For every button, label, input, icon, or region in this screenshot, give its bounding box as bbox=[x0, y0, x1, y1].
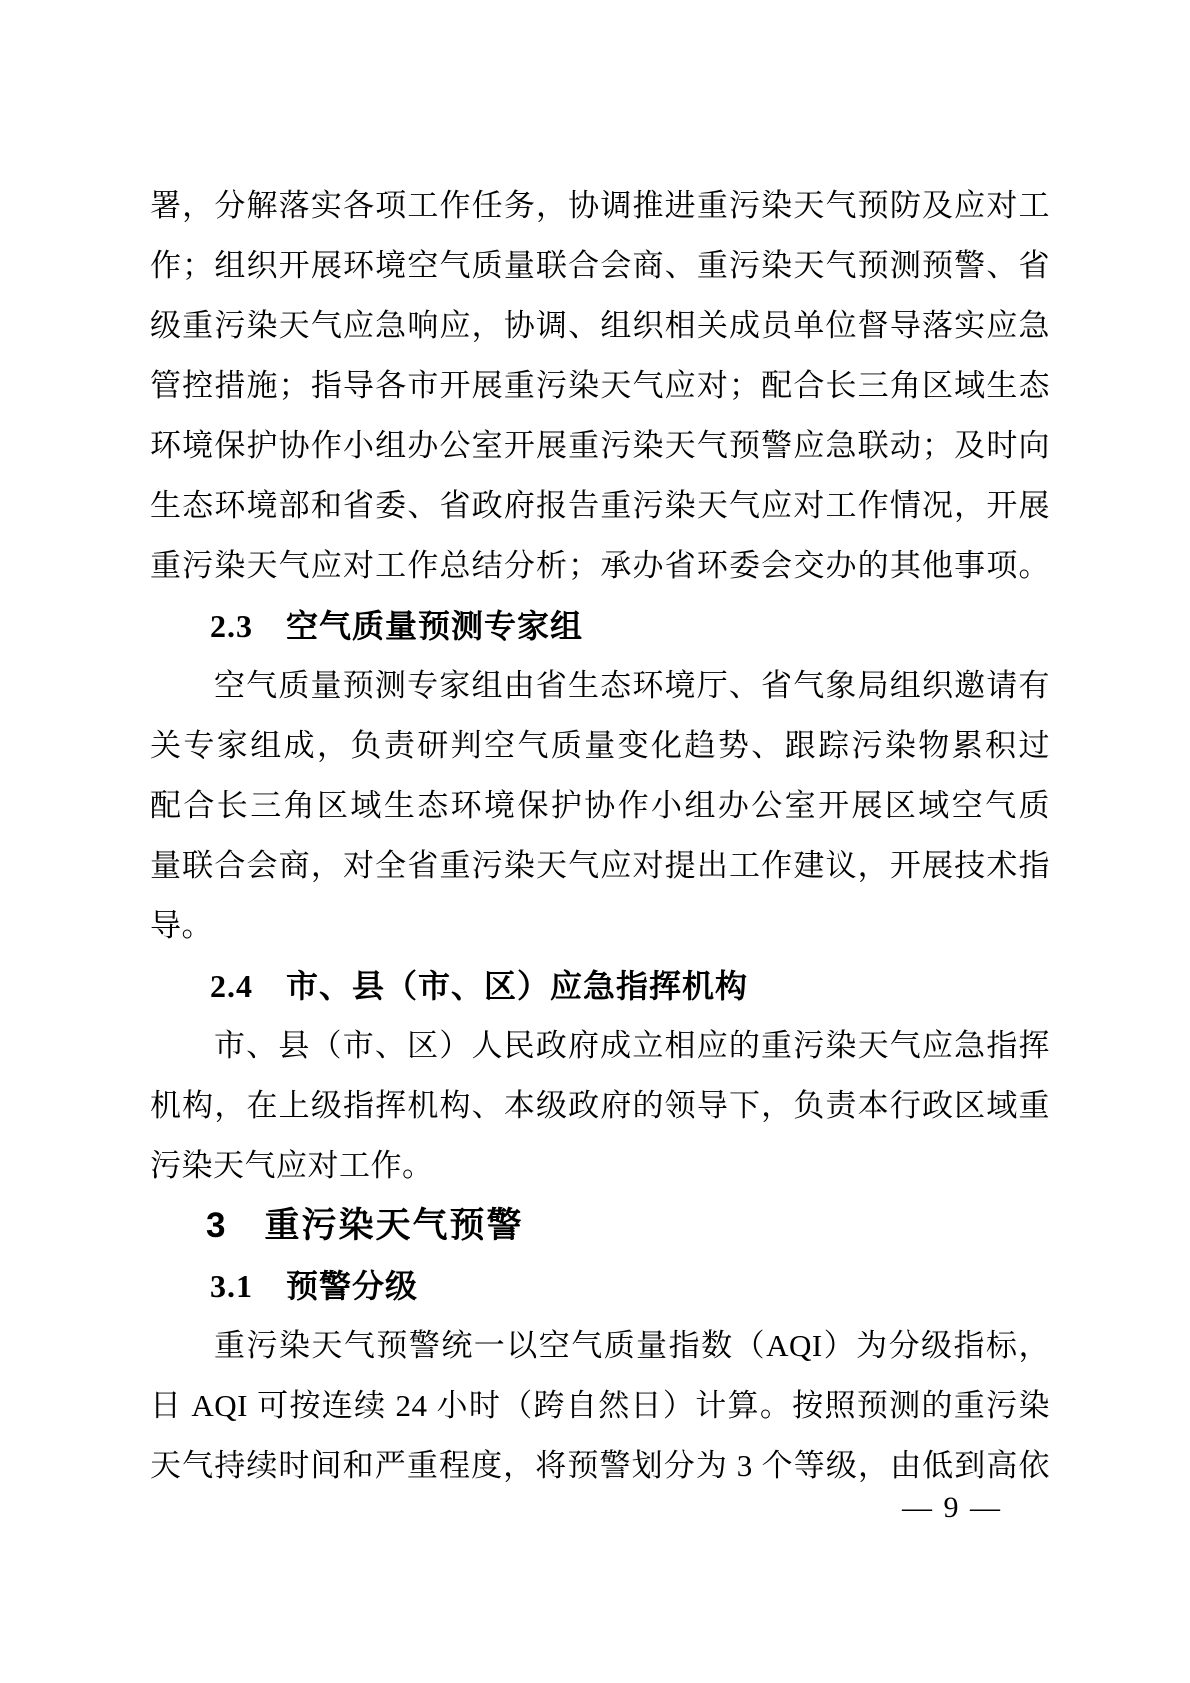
section-heading: 2.4 市、县（市、区）应急指挥机构 bbox=[150, 956, 1050, 1016]
body-line: 作；组织开展环境空气质量联合会商、重污染天气预测预警、省 bbox=[150, 236, 1050, 296]
body-line: 管控措施；指导各市开展重污染天气应对；配合长三角区域生态 bbox=[150, 356, 1050, 416]
body-line: 生态环境部和省委、省政府报告重污染天气应对工作情况，开展 bbox=[150, 476, 1050, 536]
body-line: 导。 bbox=[150, 896, 1050, 956]
body-line: 市、县（市、区）人民政府成立相应的重污染天气应急指挥 bbox=[150, 1016, 1050, 1076]
document-page: 署，分解落实各项工作任务，协调推进重污染天气预防及应对工作；组织开展环境空气质量… bbox=[0, 0, 1190, 1683]
body-line: 机构，在上级指挥机构、本级政府的领导下，负责本行政区域重 bbox=[150, 1076, 1050, 1136]
body-line: 关专家组成，负责研判空气质量变化趋势、跟踪污染物累积过程， bbox=[150, 716, 1050, 776]
body-line: 重污染天气应对工作总结分析；承办省环委会交办的其他事项。 bbox=[150, 536, 1050, 596]
body-line: 量联合会商，对全省重污染天气应对提出工作建议，开展技术指 bbox=[150, 836, 1050, 896]
body-line: 级重污染天气应急响应，协调、组织相关成员单位督导落实应急 bbox=[150, 296, 1050, 356]
body-line: 日 AQI 可按连续 24 小时（跨自然日）计算。按照预测的重污染 bbox=[150, 1376, 1050, 1436]
body-line: 环境保护协作小组办公室开展重污染天气预警应急联动；及时向 bbox=[150, 416, 1050, 476]
body-line: 污染天气应对工作。 bbox=[150, 1136, 1050, 1196]
section-heading: 2.3 空气质量预测专家组 bbox=[150, 596, 1050, 656]
body-line: 配合长三角区域生态环境保护协作小组办公室开展区域空气质 bbox=[150, 776, 1050, 836]
body-line: 天气持续时间和严重程度，将预警划分为 3 个等级，由低到高依 bbox=[150, 1436, 1050, 1496]
page-number: — 9 — bbox=[902, 1490, 1002, 1526]
chapter-heading: 3 重污染天气预警 bbox=[150, 1196, 1050, 1256]
section-heading: 3.1 预警分级 bbox=[150, 1256, 1050, 1316]
body-line: 重污染天气预警统一以空气质量指数（AQI）为分级指标， bbox=[150, 1316, 1050, 1376]
body-line: 空气质量预测专家组由省生态环境厅、省气象局组织邀请有 bbox=[150, 656, 1050, 716]
body-line: 署，分解落实各项工作任务，协调推进重污染天气预防及应对工 bbox=[150, 176, 1050, 236]
document-body: 署，分解落实各项工作任务，协调推进重污染天气预防及应对工作；组织开展环境空气质量… bbox=[150, 176, 1050, 1496]
